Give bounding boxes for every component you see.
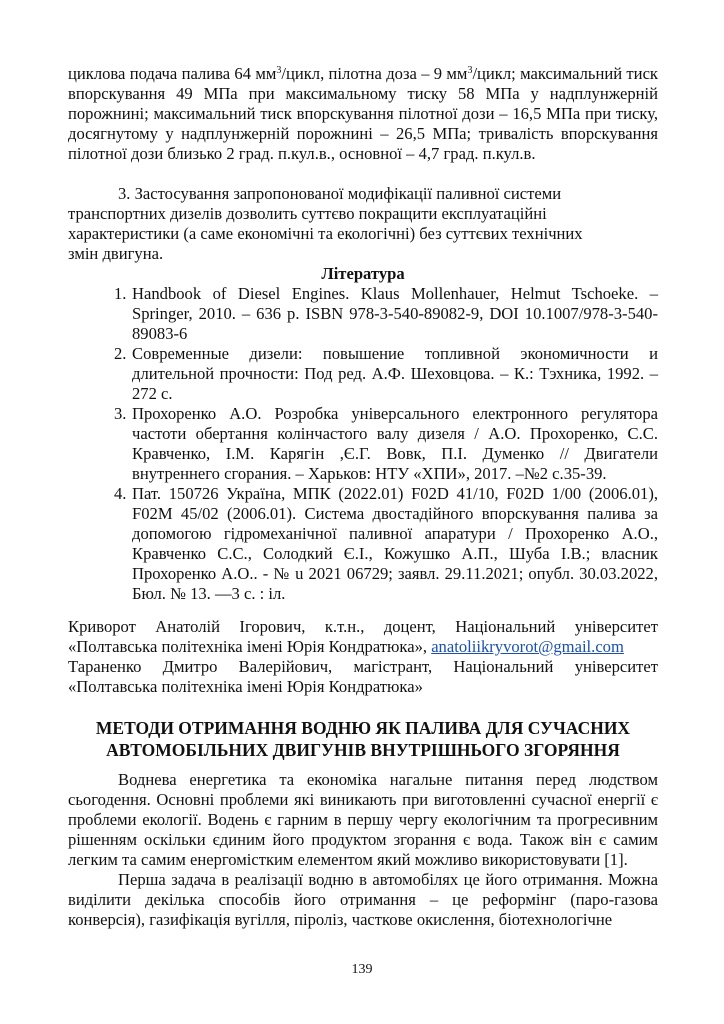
literature-heading: Література xyxy=(68,264,658,284)
reference-list: 1. Handbook of Diesel Engines. Klaus Mol… xyxy=(68,284,658,604)
authors-block: Криворот Анатолій Ігорович, к.т.н., доце… xyxy=(68,617,658,697)
author-email-link[interactable]: anatoliikryvorot@gmail.com xyxy=(431,637,624,656)
reference-item: 1. Handbook of Diesel Engines. Klaus Mol… xyxy=(68,284,658,344)
conclusion-3: 3. Застосування запропонованої модифікац… xyxy=(68,184,588,264)
reference-number: 2. xyxy=(114,344,126,364)
reference-item: 4. Пат. 150726 Україна, МПК (2022.01) F0… xyxy=(68,484,658,604)
article-paragraph-1: Воднева енергетика та економіка нагальне… xyxy=(68,770,658,870)
reference-number: 1. xyxy=(114,284,126,304)
reference-item: 2. Современные дизели: повышение топливн… xyxy=(68,344,658,404)
article-body: Воднева енергетика та економіка нагальне… xyxy=(68,770,658,930)
literature-section: Література 1. Handbook of Diesel Engines… xyxy=(68,264,658,604)
reference-number: 4. xyxy=(114,484,126,504)
author-1: Криворот Анатолій Ігорович, к.т.н., доце… xyxy=(68,617,658,657)
reference-text: Прохоренко А.О. Розробка універсального … xyxy=(132,404,658,484)
top-paragraph-block: циклова подача палива 64 мм3/цикл, пілот… xyxy=(68,64,658,164)
author-2: Тараненко Дмитро Валерійович, магістрант… xyxy=(68,657,658,697)
article-title-line-1: МЕТОДИ ОТРИМАННЯ ВОДНЮ ЯК ПАЛИВА ДЛЯ СУЧ… xyxy=(68,717,658,739)
conclusion-block: 3. Застосування запропонованої модифікац… xyxy=(68,184,588,264)
reference-number: 3. xyxy=(114,404,126,424)
article-paragraph-2: Перша задача в реалізації водню в автомо… xyxy=(68,870,658,930)
text-fragment: циклова подача палива 64 мм xyxy=(68,64,276,83)
reference-item: 3. Прохоренко А.О. Розробка універсально… xyxy=(68,404,658,484)
reference-text: Handbook of Diesel Engines. Klaus Mollen… xyxy=(132,284,658,344)
text-fragment: /цикл, пілотна доза – 9 мм xyxy=(281,64,467,83)
page-number: 139 xyxy=(0,962,724,978)
top-paragraph: циклова подача палива 64 мм3/цикл, пілот… xyxy=(68,64,658,164)
article-title-block: МЕТОДИ ОТРИМАННЯ ВОДНЮ ЯК ПАЛИВА ДЛЯ СУЧ… xyxy=(68,717,658,761)
article-title-line-2: АВТОМОБІЛЬНИХ ДВИГУНІВ ВНУТРІШНЬОГО ЗГОР… xyxy=(68,739,658,761)
reference-text: Пат. 150726 Україна, МПК (2022.01) F02D … xyxy=(132,484,658,604)
reference-text: Современные дизели: повышение топливной … xyxy=(132,344,658,404)
